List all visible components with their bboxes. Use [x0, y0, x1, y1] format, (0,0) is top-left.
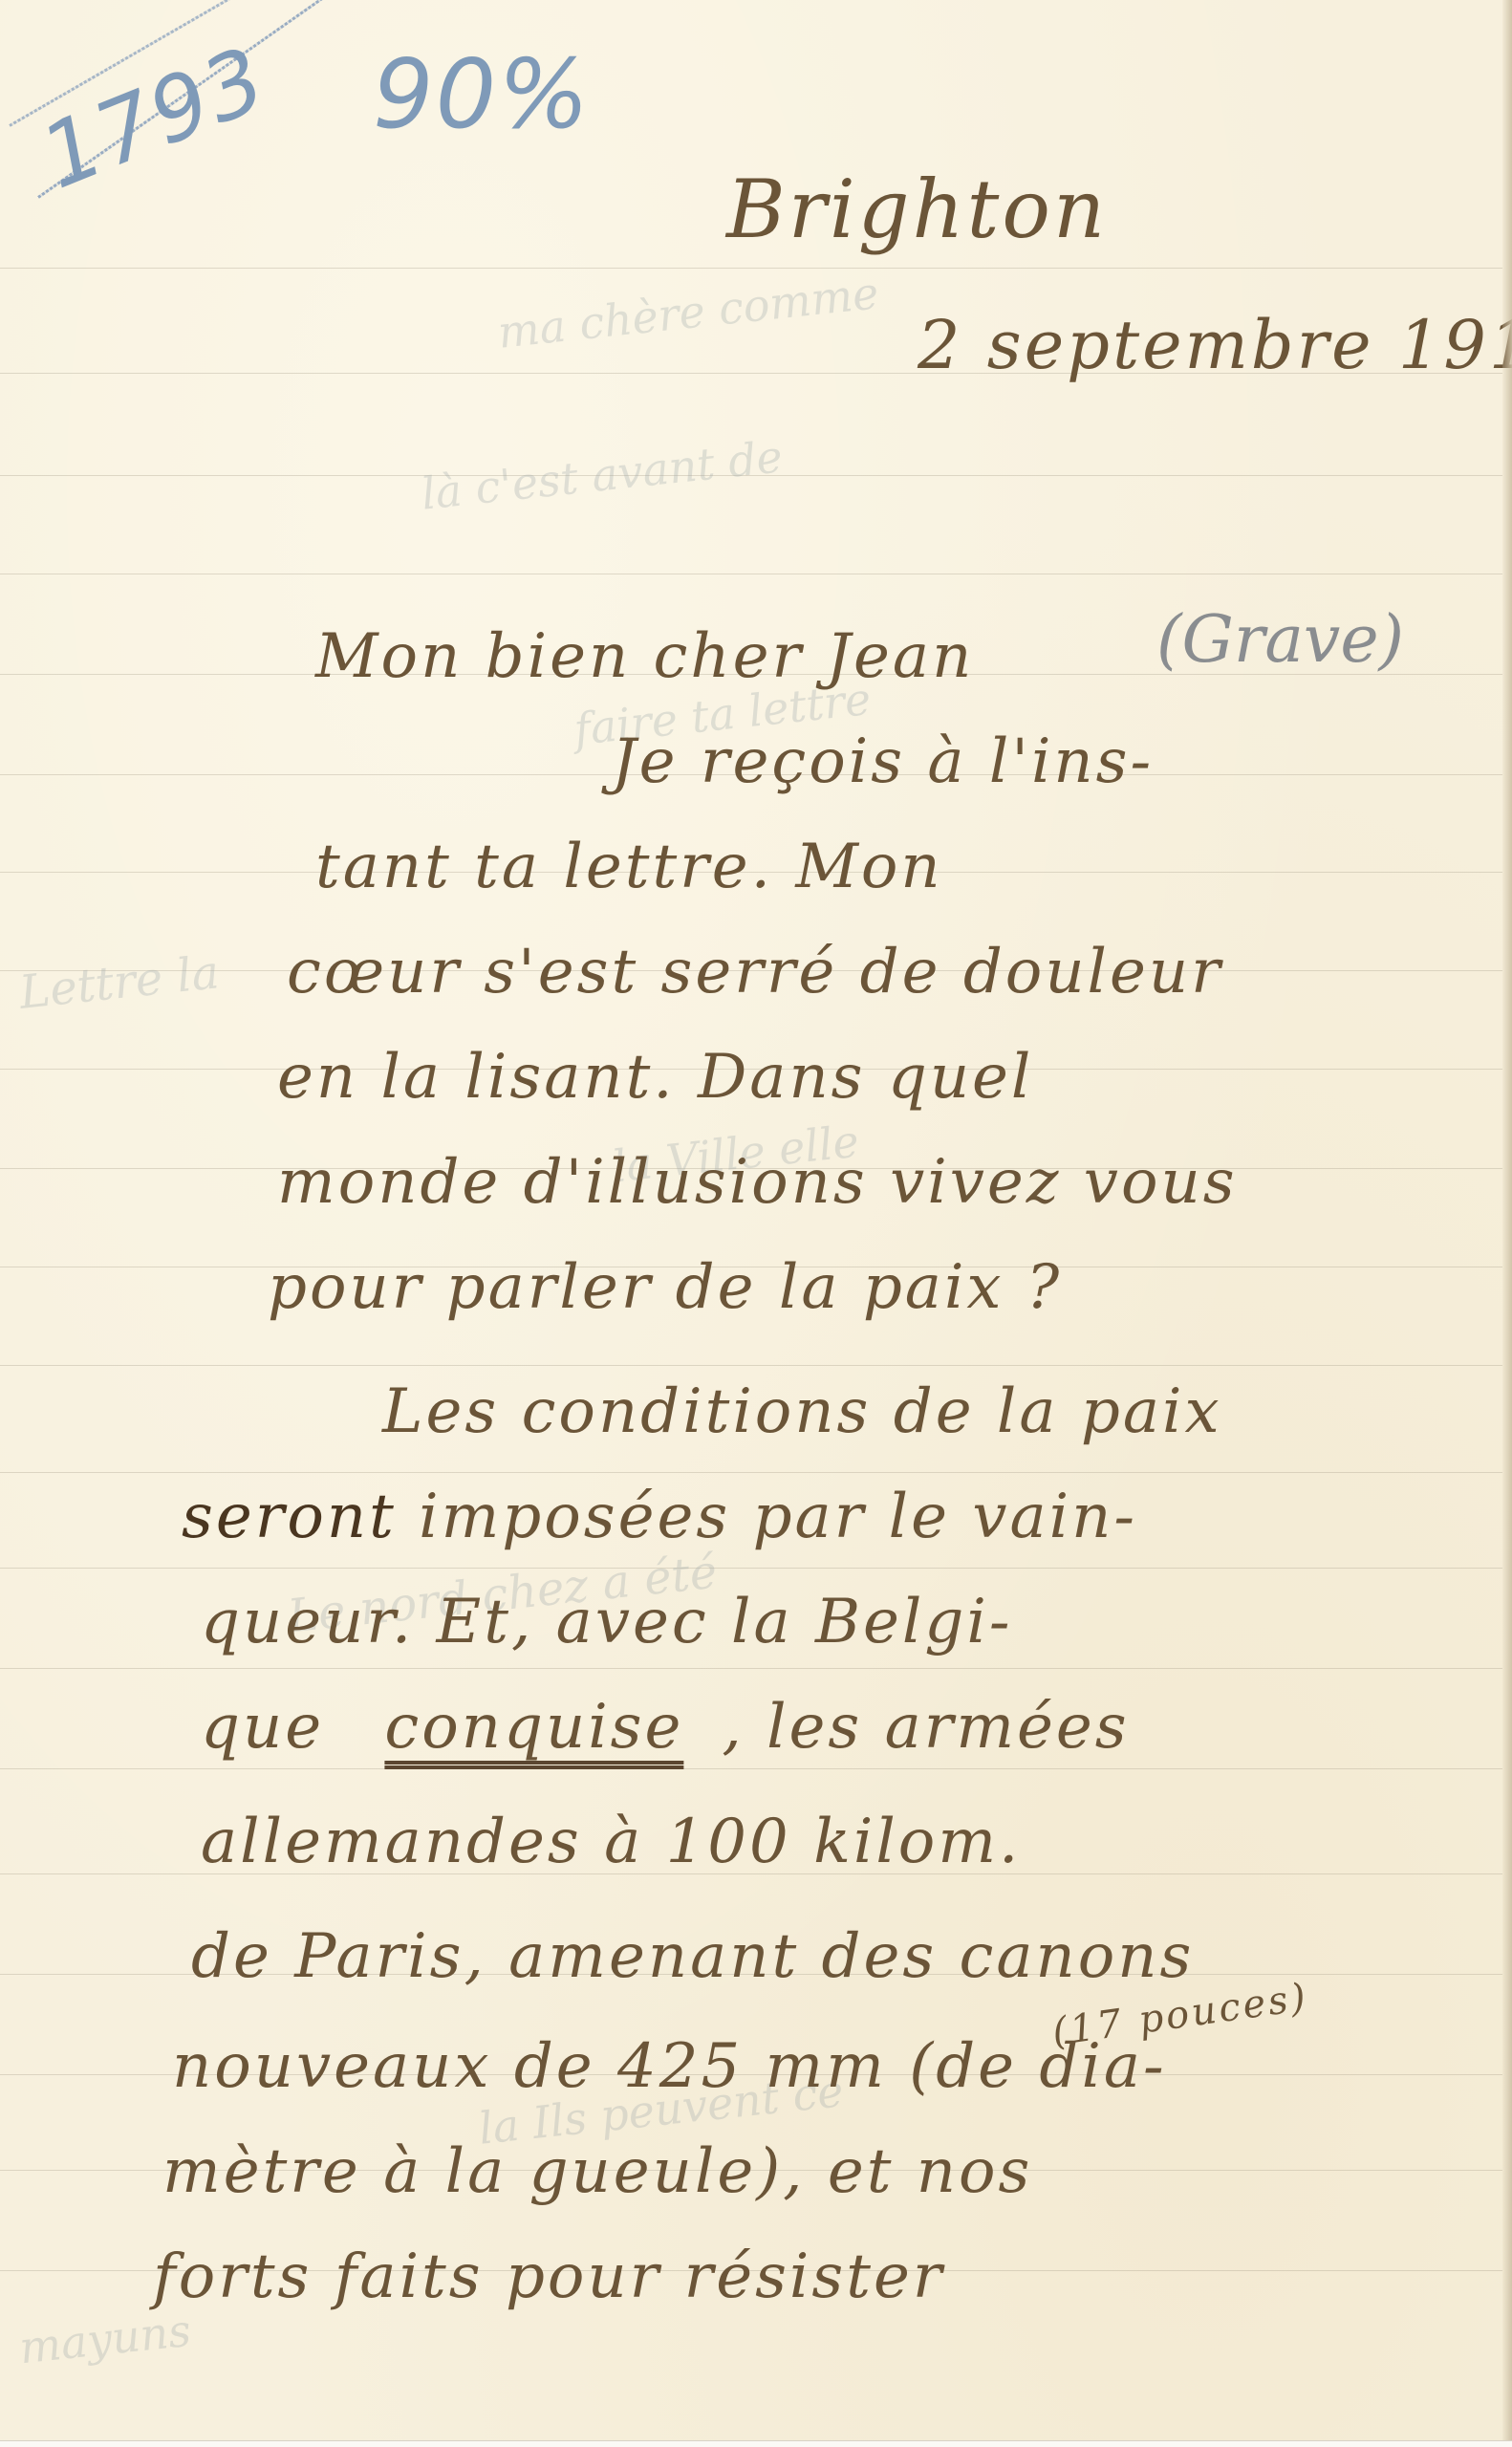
body-line: que conquise, les armées: [201, 1692, 1130, 1763]
bleed-through-text: mayuns: [17, 2305, 194, 2374]
body-line: cœur s'est serré de douleur: [287, 937, 1223, 1007]
body-line: allemandes à 100 kilom.: [201, 1807, 1021, 1877]
body-line: pour parler de la paix ?: [268, 1252, 1062, 1323]
body-line: Je reçois à l'ins-: [612, 726, 1154, 797]
body-line-text: imposées par le vain-: [419, 1482, 1137, 1552]
body-line: monde d'illusions vivez vous: [277, 1147, 1238, 1218]
body-line-text: , les armées: [722, 1692, 1129, 1763]
ruled-line: [0, 1768, 1502, 1769]
place-heading: Brighton: [726, 162, 1108, 256]
body-line: en la lisant. Dans quel: [277, 1042, 1033, 1113]
page-edge-right: [1502, 0, 1512, 2447]
body-line: seront imposées par le vain-: [182, 1482, 1137, 1552]
body-line: nouveaux de 425 mm (de dia-: [172, 2031, 1167, 2102]
ruled-line: [0, 1472, 1502, 1473]
overwritten-word: seront: [182, 1482, 397, 1552]
percentage-note: 90%: [373, 38, 591, 150]
body-line: forts faits pour résister: [153, 2241, 944, 2312]
ruled-line: [0, 268, 1502, 269]
ruled-line: [0, 1568, 1502, 1569]
body-line: Les conditions de la paix: [382, 1376, 1222, 1447]
letter-page: ma chère comme là c'est avant de faire t…: [0, 0, 1512, 2447]
bleed-through-text: là c'est avant de: [419, 430, 785, 519]
body-line: de Paris, amenant des canons: [191, 1921, 1194, 1992]
underlined-word: conquise: [384, 1692, 683, 1763]
body-line: mètre à la gueule), et nos: [162, 2136, 1032, 2207]
bleed-through-text: ma chère comme: [495, 267, 880, 358]
body-line: queur. Et, avec la Belgi-: [201, 1587, 1012, 1657]
ruled-line: [0, 1668, 1502, 1669]
catalog-number: 1793: [28, 28, 281, 209]
date-heading: 2 septembre 1914.: [918, 306, 1512, 384]
ruled-line: [0, 1365, 1502, 1366]
body-line: tant ta lettre. Mon: [315, 832, 943, 902]
bleed-through-text: Lettre la: [17, 945, 222, 1020]
ruled-line: [0, 574, 1502, 574]
salutation: Mon bien cher Jean: [315, 621, 974, 692]
recipient-pencil-note: (Grave): [1156, 602, 1404, 678]
page-edge-bottom: [0, 2440, 1512, 2447]
body-line-text: que: [201, 1692, 324, 1763]
